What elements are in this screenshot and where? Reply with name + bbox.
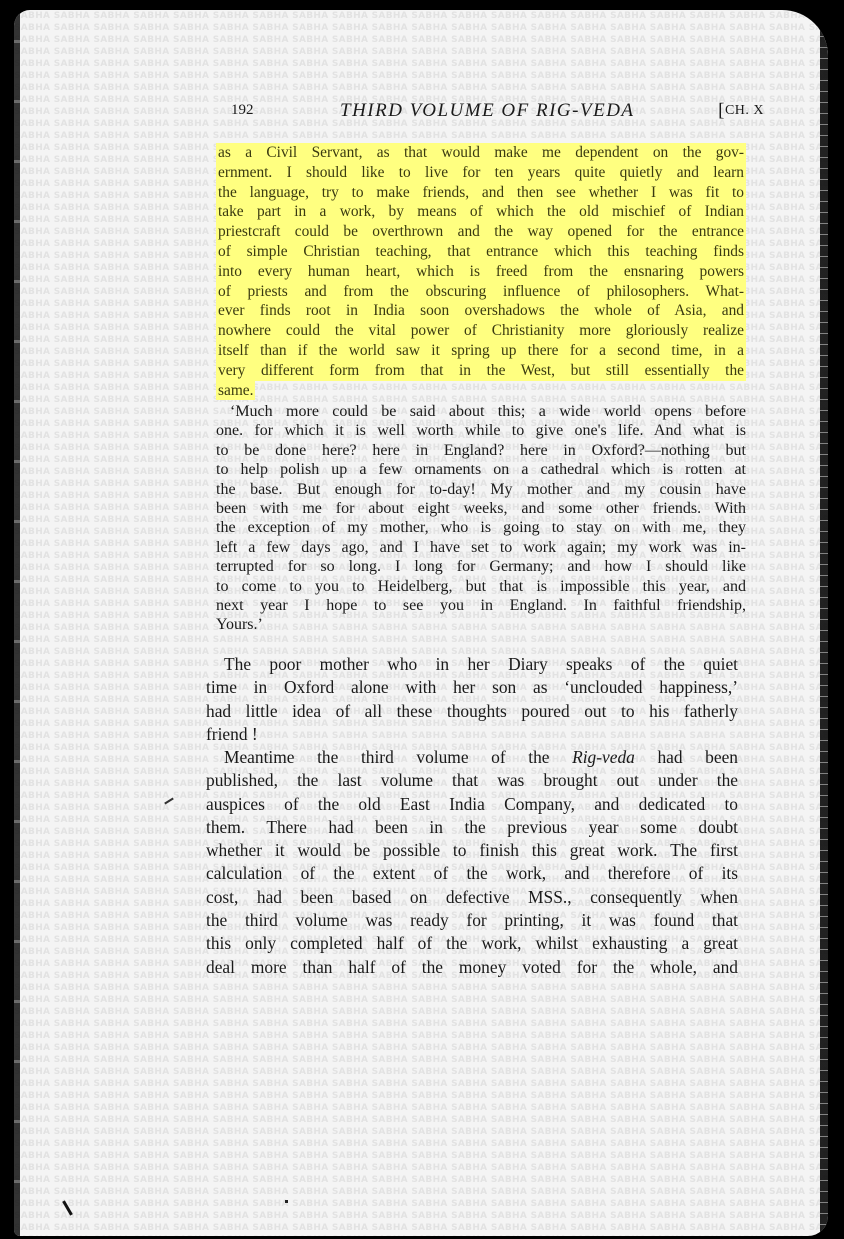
text-line: auspices of the old East India Company, …: [206, 793, 738, 816]
running-header: 192 THIRD VOLUME OF RIG-VEDA [CH. X: [216, 102, 764, 124]
text-line: next year I hope to see you in England. …: [216, 597, 746, 616]
text-line: been with me for about eight weeks, and …: [216, 500, 746, 519]
text-line: to be done here? here in England? here i…: [216, 442, 746, 461]
text-line: calculation of the extent of the work, a…: [206, 862, 738, 885]
text-line: as a Civil Servant, as that would make m…: [216, 143, 746, 163]
text-line: The poor mother who in her Diary speaks …: [206, 653, 738, 676]
text-line: to come to you to Heidelberg, but that i…: [216, 578, 746, 597]
paragraph-rig-veda-volume: Meantime the third volume of the Rig-ved…: [206, 746, 738, 979]
running-title: THIRD VOLUME OF RIG-VEDA: [340, 100, 635, 122]
text-line: terrupted for so long. I long for German…: [216, 558, 746, 577]
text-line: friend !: [206, 723, 738, 746]
text-line: to help polish up a few ornaments on a c…: [216, 461, 746, 480]
text-line: of priests and from the obscuring influe…: [216, 282, 746, 302]
text-line: the exception of my mother, who is going…: [216, 519, 746, 538]
page-content: 192 THIRD VOLUME OF RIG-VEDA [CH. X as a…: [0, 0, 844, 1239]
text-line: one. for which it is well worth while to…: [216, 422, 746, 441]
text-line: had little idea of all these thoughts po…: [206, 700, 738, 723]
text-line: Yours.’: [216, 616, 746, 635]
chapter-reference: [CH. X: [718, 103, 764, 119]
text-line: whether it would be possible to finish t…: [206, 839, 738, 862]
text-line: this only completed half of the work, wh…: [206, 932, 738, 955]
text-line: into every human heart, which is freed f…: [216, 262, 746, 282]
book-title-rig-veda: Rig-veda: [572, 747, 635, 767]
text-line: time in Oxford alone with her son as ‘un…: [206, 676, 738, 699]
text-line: them. There had been in the previous yea…: [206, 816, 738, 839]
text-line: take part in a work, by means of which t…: [216, 202, 746, 222]
text-line: same.: [216, 381, 255, 401]
text-line: very different form from that in the Wes…: [216, 361, 746, 381]
text-line: of simple Christian teaching, that entra…: [216, 242, 746, 262]
letter-excerpt: ‘Much more could be said about this; a w…: [216, 403, 746, 636]
page-number: 192: [231, 102, 254, 119]
text-line: ernment. I should like to live for ten y…: [216, 163, 746, 183]
text-line: nowhere could the vital power of Christi…: [216, 321, 746, 341]
text-line: deal more than half of the money voted f…: [206, 956, 738, 979]
text-line: itself than if the world saw it spring u…: [216, 341, 746, 361]
pencil-margin-mark: [164, 798, 174, 805]
chapter-bracket: [: [718, 100, 725, 121]
text-line: left a few days ago, and I have set to w…: [216, 539, 746, 558]
scan-speck: [285, 1200, 288, 1203]
text-line: cost, had been based on defective MSS., …: [206, 886, 738, 909]
paragraph-first-line: Meantime the third volume of the Rig-ved…: [206, 746, 738, 769]
highlighted-passage[interactable]: as a Civil Servant, as that would make m…: [216, 143, 746, 400]
chapter-label: CH. X: [725, 103, 764, 118]
text-line: the language, try to make friends, and t…: [216, 183, 746, 203]
text-line: ‘Much more could be said about this; a w…: [216, 403, 746, 422]
scan-speck: [62, 1200, 73, 1215]
text-line: the base. But enough for to-day! My moth…: [216, 481, 746, 500]
text-line: the third volume was ready for printing,…: [206, 909, 738, 932]
paragraph-mother-diary: The poor mother who in her Diary speaks …: [206, 653, 738, 746]
text-line: priestcraft could be overthrown and the …: [216, 222, 746, 242]
text-line: published, the last volume that was brou…: [206, 769, 738, 792]
text-line: ever finds root in India soon overshadow…: [216, 301, 746, 321]
